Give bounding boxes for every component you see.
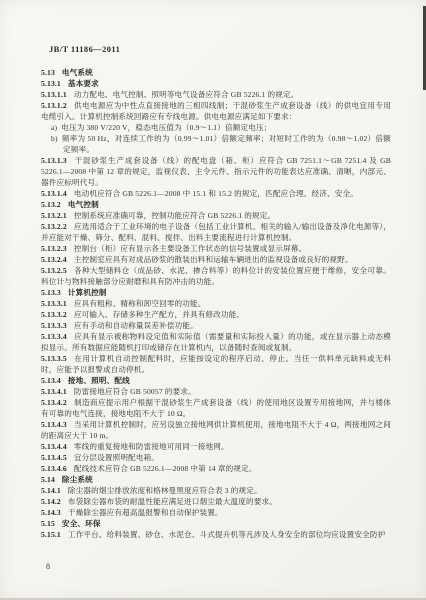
paragraph: 5.13.3.4应具有显示被称物料设定值和实际值（需要量和实际投入量）的功能，或…	[41, 331, 391, 353]
paragraph: 5.13.2.5各种大型储料仓（成品砂、水泥、掺合料等）的料位计的安装位置应便于…	[41, 265, 391, 287]
paragraph: 5.13.3.5在用计算机自动控制配料时，应能按设定的程序启动、停止。当任一供料…	[41, 353, 391, 375]
paragraph: 5.13.3.3应有手动和自动称量误差补偿功能。	[41, 320, 391, 331]
clause-text: 防雷接地应符合 GB 50057 的要求。	[74, 387, 196, 396]
clause-text: 频率为 50 Hz，对连续工作的为（0.99～1.01）倍额定频率；对短时工作的…	[62, 134, 391, 154]
paragraph: 5.14.1除尘器的烟尘排放浓度和格林曼黑度应符合表 3 的规定。	[41, 485, 391, 496]
clause-text: 除尘器的烟尘排放浓度和格林曼黑度应符合表 3 的规定。	[68, 486, 262, 495]
clause-number: 5.13.4.2	[41, 398, 67, 407]
clause-text: 布袋除尘器布袋的耐温性能应满足进口烟尘最大温度的要求。	[68, 497, 277, 506]
clause-number: 5.13.3.1	[41, 299, 67, 308]
clause-text: 工作平台、给料装置、砂仓、水泥仓、斗式提升机等凡涉及人身安全的部位均应设置安全防…	[68, 530, 386, 539]
clause-number: 5.13.1.3	[41, 156, 67, 165]
clause-number: 5.13.4.6	[41, 464, 67, 473]
clause-number: 5.13.4.1	[41, 387, 67, 396]
clause-number: 5.13.4	[41, 376, 61, 385]
paragraph: 5.13.4接地、照明、配线	[41, 375, 391, 386]
paragraph: 5.13.4.1防雷接地应符合 GB 50057 的要求。	[41, 386, 391, 397]
clause-text: 应可输入、存储多种生产配方，并具有修改功能。	[74, 310, 244, 319]
clause-number: 5.13.4.4	[41, 442, 67, 451]
clause-text: 控制系统应准确可靠，控制功能应符合 GB 5226.1 的规定。	[74, 211, 275, 220]
clause-number: 5.13.2.2	[41, 222, 67, 231]
document-body: 5.13电气系统5.13.1基本要求5.13.1.1动力配电、电气控制、照明等电…	[41, 67, 391, 540]
clause-text: 制造商应提示用户根据干混砂浆生产成套设备（线）的使用地区设置专用接地网，并与楼体…	[41, 398, 391, 418]
clause-number: 5.13.2.5	[41, 266, 67, 275]
clause-text: 在用计算机自动控制配料时，应能按设定的程序启动、停止。当任一供料单元缺料或无料时…	[41, 354, 391, 374]
paragraph: 5.15安全、环保	[41, 518, 391, 529]
paragraph: 5.13.1.3干混砂浆生产成套设备（线）的配电盘（箱、柜）应符合 GB 725…	[41, 155, 391, 188]
paragraph: 5.13.2.3控制台（柜）应有显示各主要设备工作状态的信号装置或显示屏幕。	[41, 243, 391, 254]
paragraph: 5.13.3.1应具有粗称、精称和卸空回零的功能。	[41, 298, 391, 309]
clause-number: a)	[51, 123, 57, 132]
clause-number: 5.13.2.3	[41, 244, 67, 253]
paragraph: 5.13.4.2制造商应提示用户根据干混砂浆生产成套设备（线）的使用地区设置专用…	[41, 397, 391, 419]
paragraph: b)频率为 50 Hz，对连续工作的为（0.99～1.01）倍额定频率；对短时工…	[41, 133, 391, 155]
paragraph: 5.13电气系统	[41, 67, 391, 78]
clause-number: 5.13.4.5	[41, 453, 67, 462]
paragraph: 5.13.1.4电动机应符合 GB 5226.1—2008 中 15.1 和 1…	[41, 188, 391, 199]
clause-number: 5.13.3.3	[41, 321, 67, 330]
clause-text: 干混砂浆生产成套设备（线）的配电盘（箱、柜）应符合 GB 7251.1～GB 7…	[41, 156, 391, 187]
paragraph: 5.13.4.6配线技术应符合 GB 5226.1—2008 中第 14 章的规…	[41, 463, 391, 474]
paragraph: 5.13.2.1控制系统应准确可靠，控制功能应符合 GB 5226.1 的规定。	[41, 210, 391, 221]
paragraph: 5.14.2布袋除尘器布袋的耐温性能应满足进口烟尘最大温度的要求。	[41, 496, 391, 507]
clause-text: 供电电源应为中性点直接接地的三相四线制；干混砂浆生产成套设备（线）的供电宜用专用…	[41, 101, 391, 121]
paragraph: 5.13.1基本要求	[41, 78, 391, 89]
clause-text: 主控制室应具有对成品砂浆的散装出料和运输车辆进出的监视设备或良好的视野。	[74, 255, 353, 264]
clause-text: 配线技术应符合 GB 5226.1—2008 中第 14 章的规定。	[74, 464, 257, 473]
clause-text: 干燥除尘器应有超高温报警和自动保护装置。	[68, 508, 223, 517]
paragraph: 5.13.1.2供电电源应为中性点直接接地的三相四线制；干混砂浆生产成套设备（线…	[41, 100, 391, 122]
clause-number: b)	[51, 134, 58, 143]
paragraph: a)电压为 380 V/220 V，稳态电压值为（0.9～1.1）倍额定电压；	[41, 122, 391, 133]
paragraph: 5.13.3计算机控制	[41, 287, 391, 298]
paragraph: 5.13.1.1动力配电、电气控制、照明等电气设备应符合 GB 5226.1 的…	[41, 89, 391, 100]
clause-text: 接地、照明、配线	[68, 376, 130, 385]
clause-number: 5.13	[41, 68, 55, 77]
paragraph: 5.14.3干燥除尘器应有超高温报警和自动保护装置。	[41, 507, 391, 518]
clause-number: 5.15	[41, 519, 55, 528]
clause-number: 5.15.1	[41, 530, 61, 539]
clause-text: 当采用计算机控制时，应另设独立接地网供计算机使用，接地电阻不大于 4 Ω，两接地…	[41, 420, 391, 440]
clause-text: 零线的重复接地和防雷接地可用同一接地网。	[74, 442, 229, 451]
clause-number: 5.13.3.4	[41, 332, 67, 341]
clause-text: 各种大型储料仓（成品砂、水泥、掺合料等）的料位计的安装位置应便于维修，安全可靠。…	[41, 266, 391, 286]
clause-text: 应具有显示被称物料设定值和实际值（需要量和实际投入量）的功能，或在显示器上动态模…	[41, 332, 391, 352]
clause-number: 5.13.4.3	[41, 420, 67, 429]
paragraph: 5.13.3.2应可输入、存储多种生产配方，并具有修改功能。	[41, 309, 391, 320]
clause-number: 5.13.2.1	[41, 211, 67, 220]
clause-number: 5.14.1	[41, 486, 61, 495]
document-page: JB/T 11186—2011 5.13电气系统5.13.1基本要求5.13.1…	[0, 0, 426, 600]
paragraph: 5.13.2.4主控制室应具有对成品砂浆的散装出料和运输车辆进出的监视设备或良好…	[41, 254, 391, 265]
paragraph: 5.13.4.5宜分层设置照明配电箱。	[41, 452, 391, 463]
clause-number: 5.13.3.5	[41, 354, 67, 363]
clause-number: 5.14.3	[41, 508, 61, 517]
clause-text: 安全、环保	[62, 519, 101, 528]
paragraph: 5.15.1工作平台、给料装置、砂仓、水泥仓、斗式提升机等凡涉及人身安全的部位均…	[41, 529, 391, 540]
clause-text: 应有手动和自动称量误差补偿功能。	[74, 321, 198, 330]
clause-number: 5.13.1.2	[41, 101, 67, 110]
clause-number: 5.13.1.4	[41, 189, 67, 198]
paragraph: 5.13.4.3当采用计算机控制时，应另设独立接地网供计算机使用，接地电阻不大于…	[41, 419, 391, 441]
clause-text: 应具有粗称、精称和卸空回零的功能。	[74, 299, 206, 308]
paragraph: 5.13.2电气控制	[41, 199, 391, 210]
clause-text: 应选用适合于工业环境的电子设备（包括工业计算机、相关的输入/输出设备及净化电源等…	[41, 222, 391, 242]
paragraph: 5.14除尘系统	[41, 474, 391, 485]
standard-number: JB/T 11186—2011	[49, 44, 120, 54]
clause-text: 动力配电、电气控制、照明等电气设备应符合 GB 5226.1 的规定。	[74, 90, 299, 99]
clause-text: 除尘系统	[62, 475, 93, 484]
clause-number: 5.13.3.2	[41, 310, 67, 319]
clause-text: 计算机控制	[68, 288, 107, 297]
clause-text: 基本要求	[68, 79, 99, 88]
paragraph: 5.13.4.4零线的重复接地和防雷接地可用同一接地网。	[41, 441, 391, 452]
clause-text: 电气系统	[62, 68, 93, 77]
clause-text: 电压为 380 V/220 V，稳态电压值为（0.9～1.1）倍额定电压；	[61, 123, 271, 132]
clause-text: 控制台（柜）应有显示各主要设备工作状态的信号装置或显示屏幕。	[74, 244, 306, 253]
clause-text: 宜分层设置照明配电箱。	[74, 453, 159, 462]
clause-number: 5.13.2.4	[41, 255, 67, 264]
clause-number: 5.13.2	[41, 200, 61, 209]
clause-text: 电气控制	[68, 200, 99, 209]
page-number: 8	[46, 562, 50, 571]
clause-text: 电动机应符合 GB 5226.1—2008 中 15.1 和 15.2 的规定，…	[74, 189, 358, 198]
clause-number: 5.14	[41, 475, 55, 484]
clause-number: 5.13.1	[41, 79, 61, 88]
clause-number: 5.13.1.1	[41, 90, 67, 99]
clause-number: 5.13.3	[41, 288, 61, 297]
clause-number: 5.14.2	[41, 497, 61, 506]
paragraph: 5.13.2.2应选用适合于工业环境的电子设备（包括工业计算机、相关的输入/输出…	[41, 221, 391, 243]
